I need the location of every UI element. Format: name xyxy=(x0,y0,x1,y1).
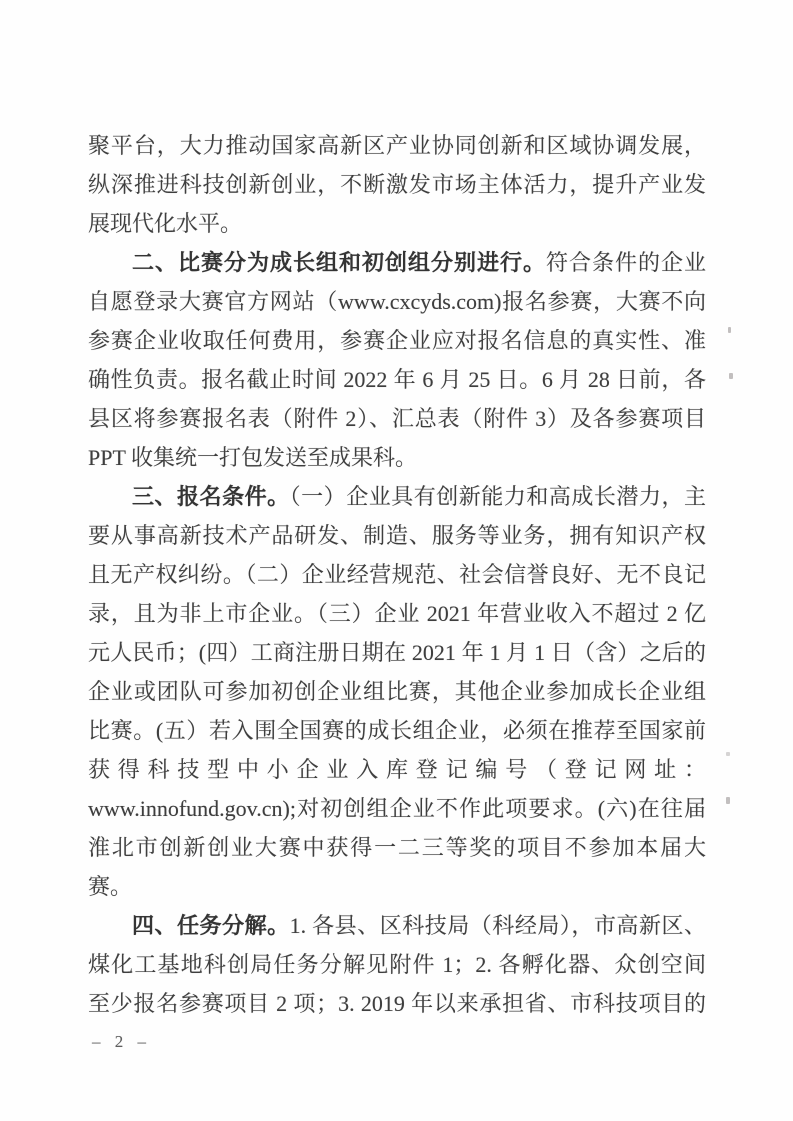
line-text: PPT 收集统一打包发送至成果科。 xyxy=(88,445,417,470)
line-text: 聚平台，大力推动国家高新区产业协同创新和区域协调发展， xyxy=(88,133,706,158)
text-line-section-2-heading: 二、比赛分为成长组和初创组分别进行。符合条件的企业 xyxy=(88,243,706,282)
line-text: 录，且为非上市企业。（三）企业 2021 年营业收入不超过 2 亿 xyxy=(88,601,706,626)
scan-artifact-speck xyxy=(726,797,730,804)
line-text: 企业或团队可参加初创企业组比赛，其他企业参加成长企业组 xyxy=(88,679,706,704)
line-text: 要从事高新技术产品研发、制造、服务等业务，拥有知识产权 xyxy=(88,523,706,548)
text-line: 煤化工基地科创局任务分解见附件 1；2. 各孵化器、众创空间 xyxy=(88,945,706,984)
line-text: 淮北市创新创业大赛中获得一二三等奖的项目不参加本届大 xyxy=(88,835,706,860)
line-text: 获得科技型中小企业入库登记编号（登记网址： xyxy=(88,757,706,782)
text-line: 获得科技型中小企业入库登记编号（登记网址： xyxy=(88,750,706,789)
text-line: 要从事高新技术产品研发、制造、服务等业务，拥有知识产权 xyxy=(88,516,706,555)
line-text: 参赛企业收取任何费用，参赛企业应对报名信息的真实性、准 xyxy=(88,328,706,353)
text-line: 参赛企业收取任何费用，参赛企业应对报名信息的真实性、准 xyxy=(88,321,706,360)
line-text: www.innofund.gov.cn);对初创组企业不作此项要求。(六)在往届 xyxy=(88,796,706,821)
scan-artifact-speck xyxy=(726,752,730,756)
scanned-document-page: 聚平台，大力推动国家高新区产业协同创新和区域协调发展， 纵深推进科技创新创业，不… xyxy=(0,0,793,1121)
line-text: 元人民币；(四）工商注册日期在 2021 年 1 月 1 日（含）之后的 xyxy=(88,640,706,665)
line-text: 且无产权纠纷。（二）企业经营规范、社会信誉良好、无不良记 xyxy=(88,562,706,587)
line-text: 县区将参赛报名表（附件 2）、汇总表（附件 3）及各参赛项目 xyxy=(88,406,706,431)
line-text: 展现代化水平。 xyxy=(88,211,242,236)
line-text: （一）企业具有创新能力和高成长潜力，主 xyxy=(290,484,706,509)
text-line: 至少报名参赛项目 2 项；3. 2019 年以来承担省、市科技项目的 xyxy=(88,984,706,1023)
section-heading: 三、报名条件。 xyxy=(132,484,290,509)
section-heading: 四、任务分解。 xyxy=(132,913,290,938)
text-line: 确性负责。报名截止时间 2022 年 6 月 25 日。6 月 28 日前，各 xyxy=(88,360,706,399)
text-line: 且无产权纠纷。（二）企业经营规范、社会信誉良好、无不良记 xyxy=(88,555,706,594)
line-text: 纵深推进科技创新创业，不断激发市场主体活力，提升产业发 xyxy=(88,172,706,197)
scan-artifact-speck xyxy=(728,327,731,333)
text-line: 聚平台，大力推动国家高新区产业协同创新和区域协调发展， xyxy=(88,126,706,165)
line-text: 至少报名参赛项目 2 项；3. 2019 年以来承担省、市科技项目的 xyxy=(88,991,706,1016)
text-line: 县区将参赛报名表（附件 2）、汇总表（附件 3）及各参赛项目 xyxy=(88,399,706,438)
line-text: 确性负责。报名截止时间 2022 年 6 月 25 日。6 月 28 日前，各 xyxy=(88,367,706,392)
text-line: 比赛。(五）若入围全国赛的成长组企业，必须在推荐至国家前 xyxy=(88,711,706,750)
line-text: 煤化工基地科创局任务分解见附件 1；2. 各孵化器、众创空间 xyxy=(88,952,706,977)
text-line: 录，且为非上市企业。（三）企业 2021 年营业收入不超过 2 亿 xyxy=(88,594,706,633)
line-text: 符合条件的企业 xyxy=(546,250,706,275)
page-number: – 2 – xyxy=(92,1032,151,1052)
text-line: 自愿登录大赛官方网站（www.cxcyds.com)报名参赛，大赛不向 xyxy=(88,282,706,321)
text-line-url: www.innofund.gov.cn);对初创组企业不作此项要求。(六)在往届 xyxy=(88,789,706,828)
text-line: 赛。 xyxy=(88,867,706,906)
scan-artifact-speck xyxy=(729,373,733,379)
text-line: 淮北市创新创业大赛中获得一二三等奖的项目不参加本届大 xyxy=(88,828,706,867)
line-text: 比赛。(五）若入围全国赛的成长组企业，必须在推荐至国家前 xyxy=(88,718,706,743)
text-line: 元人民币；(四）工商注册日期在 2021 年 1 月 1 日（含）之后的 xyxy=(88,633,706,672)
text-line: PPT 收集统一打包发送至成果科。 xyxy=(88,438,706,477)
line-text: 自愿登录大赛官方网站（www.cxcyds.com)报名参赛，大赛不向 xyxy=(88,289,706,314)
text-line: 展现代化水平。 xyxy=(88,204,706,243)
document-text-block: 聚平台，大力推动国家高新区产业协同创新和区域协调发展， 纵深推进科技创新创业，不… xyxy=(88,126,706,1023)
line-text: 1. 各县、区科技局（科经局），市高新区、 xyxy=(290,913,706,938)
text-line: 企业或团队可参加初创企业组比赛，其他企业参加成长企业组 xyxy=(88,672,706,711)
text-line: 纵深推进科技创新创业，不断激发市场主体活力，提升产业发 xyxy=(88,165,706,204)
text-line-section-4-heading: 四、任务分解。1. 各县、区科技局（科经局），市高新区、 xyxy=(88,906,706,945)
line-text: 赛。 xyxy=(88,874,132,899)
text-line-section-3-heading: 三、报名条件。（一）企业具有创新能力和高成长潜力，主 xyxy=(88,477,706,516)
section-heading: 二、比赛分为成长组和初创组分别进行。 xyxy=(132,250,546,275)
